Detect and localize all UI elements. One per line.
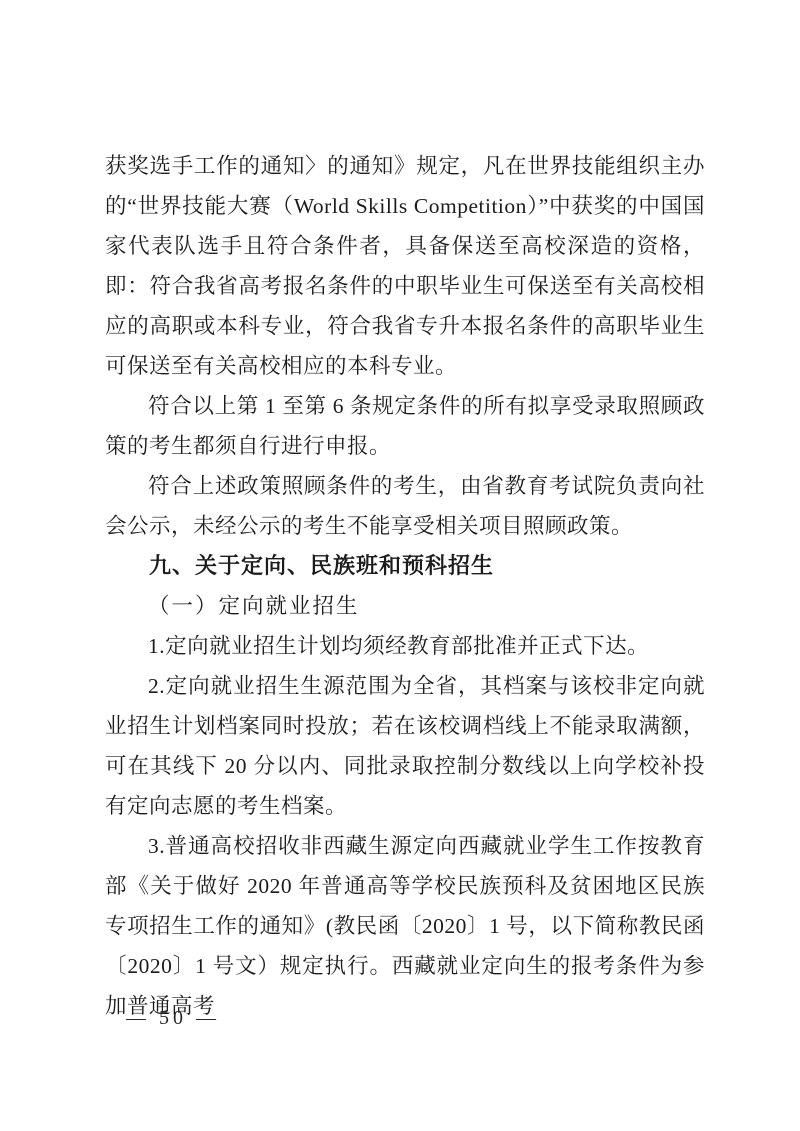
paragraph: 符合以上第 1 至第 6 条规定条件的所有拟享受录取照顾政策的考生都须自行进行申… xyxy=(105,386,705,466)
section-heading: 九、关于定向、民族班和预科招生 xyxy=(105,546,705,586)
document-page: 获奖选手工作的通知〉的通知》规定，凡在世界技能组织主办的“世界技能大赛（Worl… xyxy=(0,0,800,1131)
paragraph: 3.普通高校招收非西藏生源定向西藏就业学生工作按教育部《关于做好 2020 年普… xyxy=(105,826,705,1026)
paragraph: 1.定向就业招生计划均须经教育部批准并正式下达。 xyxy=(105,626,705,666)
paragraph: 获奖选手工作的通知〉的通知》规定，凡在世界技能组织主办的“世界技能大赛（Worl… xyxy=(105,146,705,386)
page-number: — 50 — xyxy=(126,1003,220,1033)
subsection-heading: （一）定向就业招生 xyxy=(105,586,705,626)
paragraph: 符合上述政策照顾条件的考生，由省教育考试院负责向社会公示，未经公示的考生不能享受… xyxy=(105,466,705,546)
paragraph: 2.定向就业招生生源范围为全省，其档案与该校非定向就业招生计划档案同时投放；若在… xyxy=(105,666,705,826)
document-body: 获奖选手工作的通知〉的通知》规定，凡在世界技能组织主办的“世界技能大赛（Worl… xyxy=(105,146,705,1026)
